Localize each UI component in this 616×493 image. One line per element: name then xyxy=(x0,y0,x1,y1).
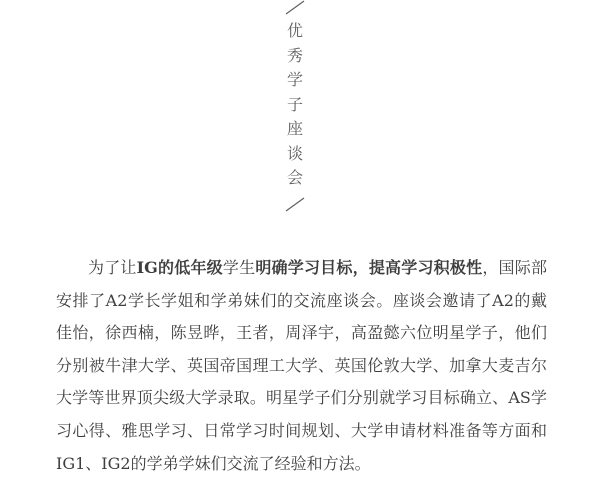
title-char: 子 xyxy=(287,93,303,118)
title-char: 秀 xyxy=(287,44,303,69)
title-char: 学 xyxy=(287,68,303,93)
paragraph-run: ，国际部安排了A2学长学姐和学弟妹们的交流座谈会。座谈会邀请了A2的戴佳怡，徐西… xyxy=(56,258,547,473)
paragraph-run-bold: IG的低年级 xyxy=(137,258,223,277)
paragraph-run: 为了让 xyxy=(88,258,137,277)
article-paragraph: 为了让IG的低年级学生明确学习目标，提高学习积极性，国际部安排了A2学长学姐和学… xyxy=(56,252,547,480)
slash-decoration-icon xyxy=(284,0,306,15)
title-char: 座 xyxy=(287,117,303,142)
slash-decoration-icon xyxy=(284,197,306,212)
title-char: 会 xyxy=(287,166,303,191)
paragraph-run: 学生 xyxy=(223,258,255,277)
title-char: 优 xyxy=(287,19,303,44)
paragraph-run-bold: 明确学习目标，提高学习积极性 xyxy=(255,258,482,277)
vertical-title: 优 秀 学 子 座 谈 会 xyxy=(276,0,314,212)
title-char: 谈 xyxy=(287,142,303,167)
